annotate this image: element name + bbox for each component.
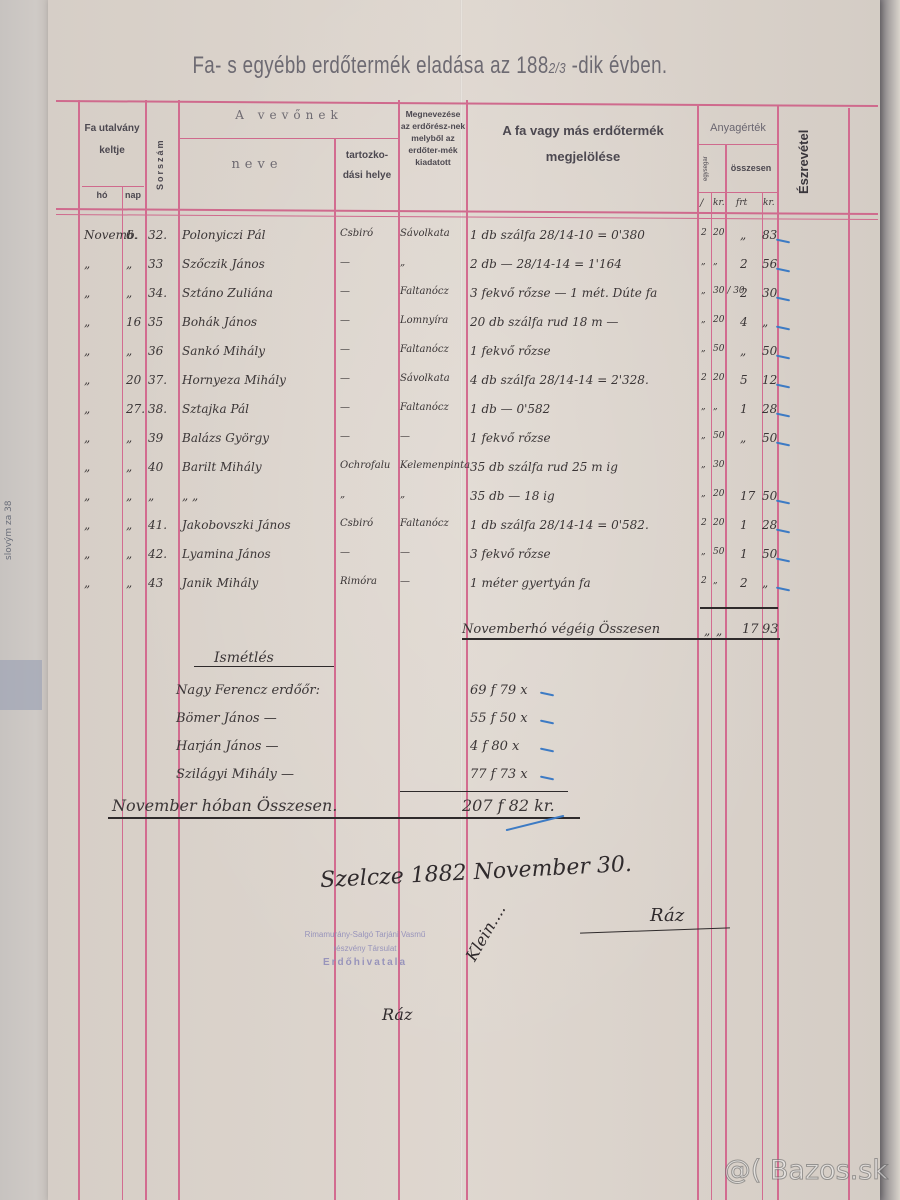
header-egysegar: egységár	[700, 150, 713, 188]
row-nap: „	[126, 518, 132, 532]
row-total-frt: „	[740, 431, 746, 445]
header-unit-kr-1: kr.	[713, 198, 725, 208]
monthly-total-rule	[462, 638, 780, 640]
row-total-frt: „	[740, 228, 746, 242]
row-forest-section: Faltanócz	[400, 344, 449, 355]
col-line-2	[145, 100, 147, 1200]
backdrop-stub-text: slovým za 38	[4, 500, 14, 560]
row-ho: „	[84, 344, 90, 358]
row-sorszam: 43	[148, 576, 163, 590]
recap-name: Bömer János —	[176, 711, 277, 726]
row-unit-kr: „	[713, 257, 718, 267]
recap-amount: 4 f 80 x	[470, 739, 519, 754]
row-sorszam: 34.	[148, 286, 167, 300]
row-total-frt: 5	[740, 373, 748, 387]
row-nap: „	[126, 489, 132, 503]
title-suffix: -dik évben.	[566, 52, 667, 79]
row-unit-kr: 20	[713, 518, 724, 528]
header-tartozkodasi-helye: tartozko-dási helye	[336, 146, 398, 186]
row-unit-kr: 20	[713, 315, 724, 325]
recap-heading-rule	[194, 666, 334, 667]
row-unit-frt: „	[701, 257, 706, 267]
row-sorszam: 40	[148, 460, 163, 474]
col-line-10	[848, 108, 850, 1200]
stamp-line-2: részvény Társulat	[270, 942, 460, 956]
header-megnevezese: Megnevezése az erdőrész-nek melyből az e…	[400, 108, 466, 168]
row-total-kr: „	[762, 315, 768, 329]
row-name: Balázs György	[182, 431, 269, 445]
row-nap: 20	[126, 373, 141, 387]
row-nap: „	[126, 431, 132, 445]
row-unit-frt: 2	[701, 576, 707, 586]
header-unit-frt-2: frt	[736, 198, 747, 208]
row-sorszam: 41.	[148, 518, 167, 532]
row-description: 1 méter gyertyán fa	[470, 576, 591, 590]
row-ho: „	[84, 402, 90, 416]
row-description: 4 db szálfa 28/14-14 = 2'328.	[470, 373, 649, 387]
row-nap: „	[126, 344, 132, 358]
recap-sum-rule	[400, 791, 568, 792]
row-nap: „	[126, 257, 132, 271]
backdrop-blue-strip	[0, 660, 42, 710]
ledger-sheet	[48, 0, 880, 1200]
row-residence: Ochrofalu	[340, 460, 390, 471]
col-line-7b	[711, 192, 712, 1200]
header-a-vevonek: A vevőnek	[180, 108, 398, 122]
row-unit-frt: „	[701, 344, 706, 354]
row-ho: „	[84, 576, 90, 590]
recap-amount: 55 f 50 x	[470, 711, 528, 726]
rule-keltje	[82, 186, 144, 187]
recap-amount: 77 f 73 x	[470, 767, 528, 782]
row-sorszam: 38.	[148, 402, 167, 416]
row-total-frt: 2	[740, 576, 748, 590]
row-unit-frt: „	[701, 460, 706, 470]
row-sorszam: 42.	[148, 547, 167, 561]
row-total-frt: 2	[740, 257, 748, 271]
recap-name: Harján János —	[176, 739, 279, 754]
stamp-line-3: Erdőhivatala	[270, 956, 460, 970]
row-name: Janik Mihály	[182, 576, 258, 590]
row-name: Sztáno Zuliána	[182, 286, 273, 300]
row-name: Sankó Mihály	[182, 344, 265, 358]
row-sorszam: 32.	[148, 228, 167, 242]
row-description: 1 db szálfa 28/14-10 = 0'380	[470, 228, 645, 242]
row-unit-frt: „	[701, 547, 706, 557]
row-description: 35 db — 18 ig	[470, 489, 555, 503]
row-ho: „	[84, 286, 90, 300]
row-nap: „	[126, 547, 132, 561]
row-description: 35 db szálfa rud 25 m ig	[470, 460, 618, 474]
row-nap: 16	[126, 315, 141, 329]
header-unit-frt-1: /	[700, 198, 703, 209]
header-nap: nap	[122, 189, 144, 202]
row-name: Hornyeza Mihály	[182, 373, 286, 387]
office-stamp: Rimamurány-Salgó Tarjáni Vasmű részvény …	[270, 928, 460, 970]
paper-fold	[460, 0, 463, 1200]
col-line-6	[466, 100, 468, 1200]
col-line-1	[78, 100, 80, 1200]
row-total-frt: 2	[740, 286, 748, 300]
row-unit-frt: „	[701, 315, 706, 325]
stamp-line-1: Rimamurány-Salgó Tarjáni Vasmű	[270, 928, 460, 942]
row-description: 2 db — 28/14-14 = 1'164	[470, 257, 622, 271]
row-description: 20 db szálfa rud 18 m —	[470, 315, 618, 329]
row-description: 1 db szálfa 28/14-14 = 0'582.	[470, 518, 649, 532]
row-name: Jakobovszki János	[182, 518, 291, 532]
row-total-frt: 1	[740, 402, 748, 416]
row-unit-kr: 20	[713, 489, 724, 499]
row-forest-section: —	[400, 576, 410, 587]
row-residence: Rimóra	[340, 576, 377, 587]
row-residence: —	[340, 257, 350, 268]
row-residence: —	[340, 286, 350, 297]
row-description: 1 fekvő rőzse	[470, 344, 551, 358]
row-nap: 6.	[126, 228, 137, 242]
row-unit-frt: „	[701, 489, 706, 499]
title-main: Fa- s egyébb erdőtermék eladása az 188	[192, 52, 548, 79]
col-line-4	[334, 138, 336, 1200]
header-anyagertek: Anyagérték	[698, 122, 778, 134]
row-unit-kr: 50	[713, 344, 724, 354]
row-name: Polonyiczi Pál	[182, 228, 265, 242]
row-unit-frt: 2	[701, 518, 707, 528]
col-line-3	[178, 100, 180, 1200]
header-eszrevetel: Észrevétel	[796, 120, 811, 204]
row-ho: „	[84, 547, 90, 561]
row-total-kr: „	[762, 576, 768, 590]
col-line-8	[725, 144, 727, 1200]
rule-osszesen	[698, 192, 778, 193]
row-residence: —	[340, 315, 350, 326]
row-description: 3 fekvő rőzse	[470, 547, 551, 561]
row-unit-kr: „	[713, 402, 718, 412]
row-sorszam: 35	[148, 315, 163, 329]
row-description: 1 db — 0'582	[470, 402, 550, 416]
row-forest-section: Sávolkata	[400, 373, 450, 384]
row-sorszam: 39	[148, 431, 163, 445]
row-total-frt: 1	[740, 547, 748, 561]
row-unit-kr: 30	[713, 460, 724, 470]
monthly-total-kr: 93	[762, 622, 779, 637]
row-sorszam: 33	[148, 257, 163, 271]
header-osszesen: összesen	[726, 162, 776, 175]
title-fraction: 2/3	[549, 60, 566, 77]
page-title: Fa- s egyébb erdőtermék eladása az 1882/…	[188, 52, 672, 80]
row-unit-frt: 2	[701, 228, 707, 238]
monthly-total-frt: 17	[742, 622, 759, 637]
monthly-total-egyseg-kr: „	[716, 624, 722, 638]
row-unit-frt: „	[701, 286, 706, 296]
row-name: Barilt Mihály	[182, 460, 262, 474]
row-forest-section: Lomnyíra	[400, 315, 448, 326]
row-ho: „	[84, 460, 90, 474]
monthly-total-label: Novemberhó végéig Összesen	[462, 622, 660, 637]
row-nap: „	[126, 576, 132, 590]
row-unit-kr: 50	[713, 431, 724, 441]
row-ho: „	[84, 431, 90, 445]
row-ho: „	[84, 315, 90, 329]
row-description: 3 fekvő rőzse — 1 mét. Dúte fa	[470, 286, 657, 300]
recap-heading: Ismétlés	[214, 650, 274, 666]
row-unit-kr: „	[713, 576, 718, 586]
row-forest-section: —	[400, 431, 410, 442]
row-name: Bohák János	[182, 315, 257, 329]
row-name: „ „	[182, 489, 198, 503]
row-forest-section: „	[400, 489, 405, 500]
recap-amount: 69 f 79 x	[470, 683, 528, 698]
row-forest-section: Sávolkata	[400, 228, 450, 239]
row-ho: „	[84, 257, 90, 271]
row-nap: „	[126, 460, 132, 474]
row-residence: —	[340, 431, 350, 442]
row-unit-frt: 2	[701, 373, 707, 383]
header-megjelolese: A fa vagy más erdőtermék megjelölése	[476, 118, 690, 170]
row-total-frt: 4	[740, 315, 748, 329]
row-nap: „	[126, 286, 132, 300]
row-total-frt: „	[740, 344, 746, 358]
row-ho: „	[84, 373, 90, 387]
row-unit-kr: 50	[713, 547, 724, 557]
row-forest-section: Kelemenpinta	[400, 460, 470, 471]
row-nap: 27.	[126, 402, 145, 416]
row-residence: Csbiró	[340, 228, 373, 239]
row-name: Sztajka Pál	[182, 402, 249, 416]
row-unit-kr: 20	[713, 373, 724, 383]
row-unit-kr: 20	[713, 228, 724, 238]
row-unit-frt: „	[701, 402, 706, 412]
header-sorszam: Sorszám	[154, 128, 167, 200]
header-fa-utalvany-keltje: Fa utalvány keltje	[80, 118, 144, 162]
monthly-total-egyseg-frt: „	[704, 624, 710, 638]
row-total-frt: 1	[740, 518, 748, 532]
row-ho: „	[84, 518, 90, 532]
row-name: Szőczik János	[182, 257, 265, 271]
subtotal-rule	[700, 607, 778, 609]
row-residence: —	[340, 547, 350, 558]
row-residence: —	[340, 402, 350, 413]
recap-name: Nagy Ferencz erdőőr:	[176, 683, 320, 698]
initials: Ráz	[382, 1005, 412, 1024]
rule-vevonek	[180, 138, 400, 139]
header-neve: neve	[180, 157, 334, 172]
row-name: Lyamina János	[182, 547, 271, 561]
row-forest-section: Faltanócz	[400, 286, 449, 297]
grand-total-label: November hóban Összesen.	[112, 796, 337, 815]
row-residence: —	[340, 344, 350, 355]
row-residence: „	[340, 489, 345, 500]
row-total-frt: 17	[740, 489, 755, 503]
row-forest-section: —	[400, 547, 410, 558]
row-description: 1 fekvő rőzse	[470, 431, 551, 445]
row-residence: —	[340, 373, 350, 384]
grand-total-rule	[108, 817, 580, 819]
watermark: @( Bazos.sk	[724, 1155, 888, 1186]
grand-total-amount: 207 f 82 kr.	[462, 796, 555, 815]
rule-anyagertek	[698, 144, 778, 145]
row-ho: „	[84, 489, 90, 503]
row-sorszam: 37.	[148, 373, 167, 387]
row-forest-section: „	[400, 257, 405, 268]
col-line-7	[697, 104, 699, 1200]
header-unit-kr-2: kr.	[763, 198, 775, 208]
row-sorszam: „	[148, 489, 154, 503]
signature-2: Ráz	[650, 905, 684, 926]
row-forest-section: Faltanócz	[400, 402, 449, 413]
recap-name: Szilágyi Mihály —	[176, 767, 294, 782]
row-residence: Csbiró	[340, 518, 373, 529]
row-sorszam: 36	[148, 344, 163, 358]
row-forest-section: Faltanócz	[400, 518, 449, 529]
col-line-ho	[122, 186, 123, 1200]
header-ho: hó	[84, 189, 120, 202]
row-unit-frt: „	[701, 431, 706, 441]
